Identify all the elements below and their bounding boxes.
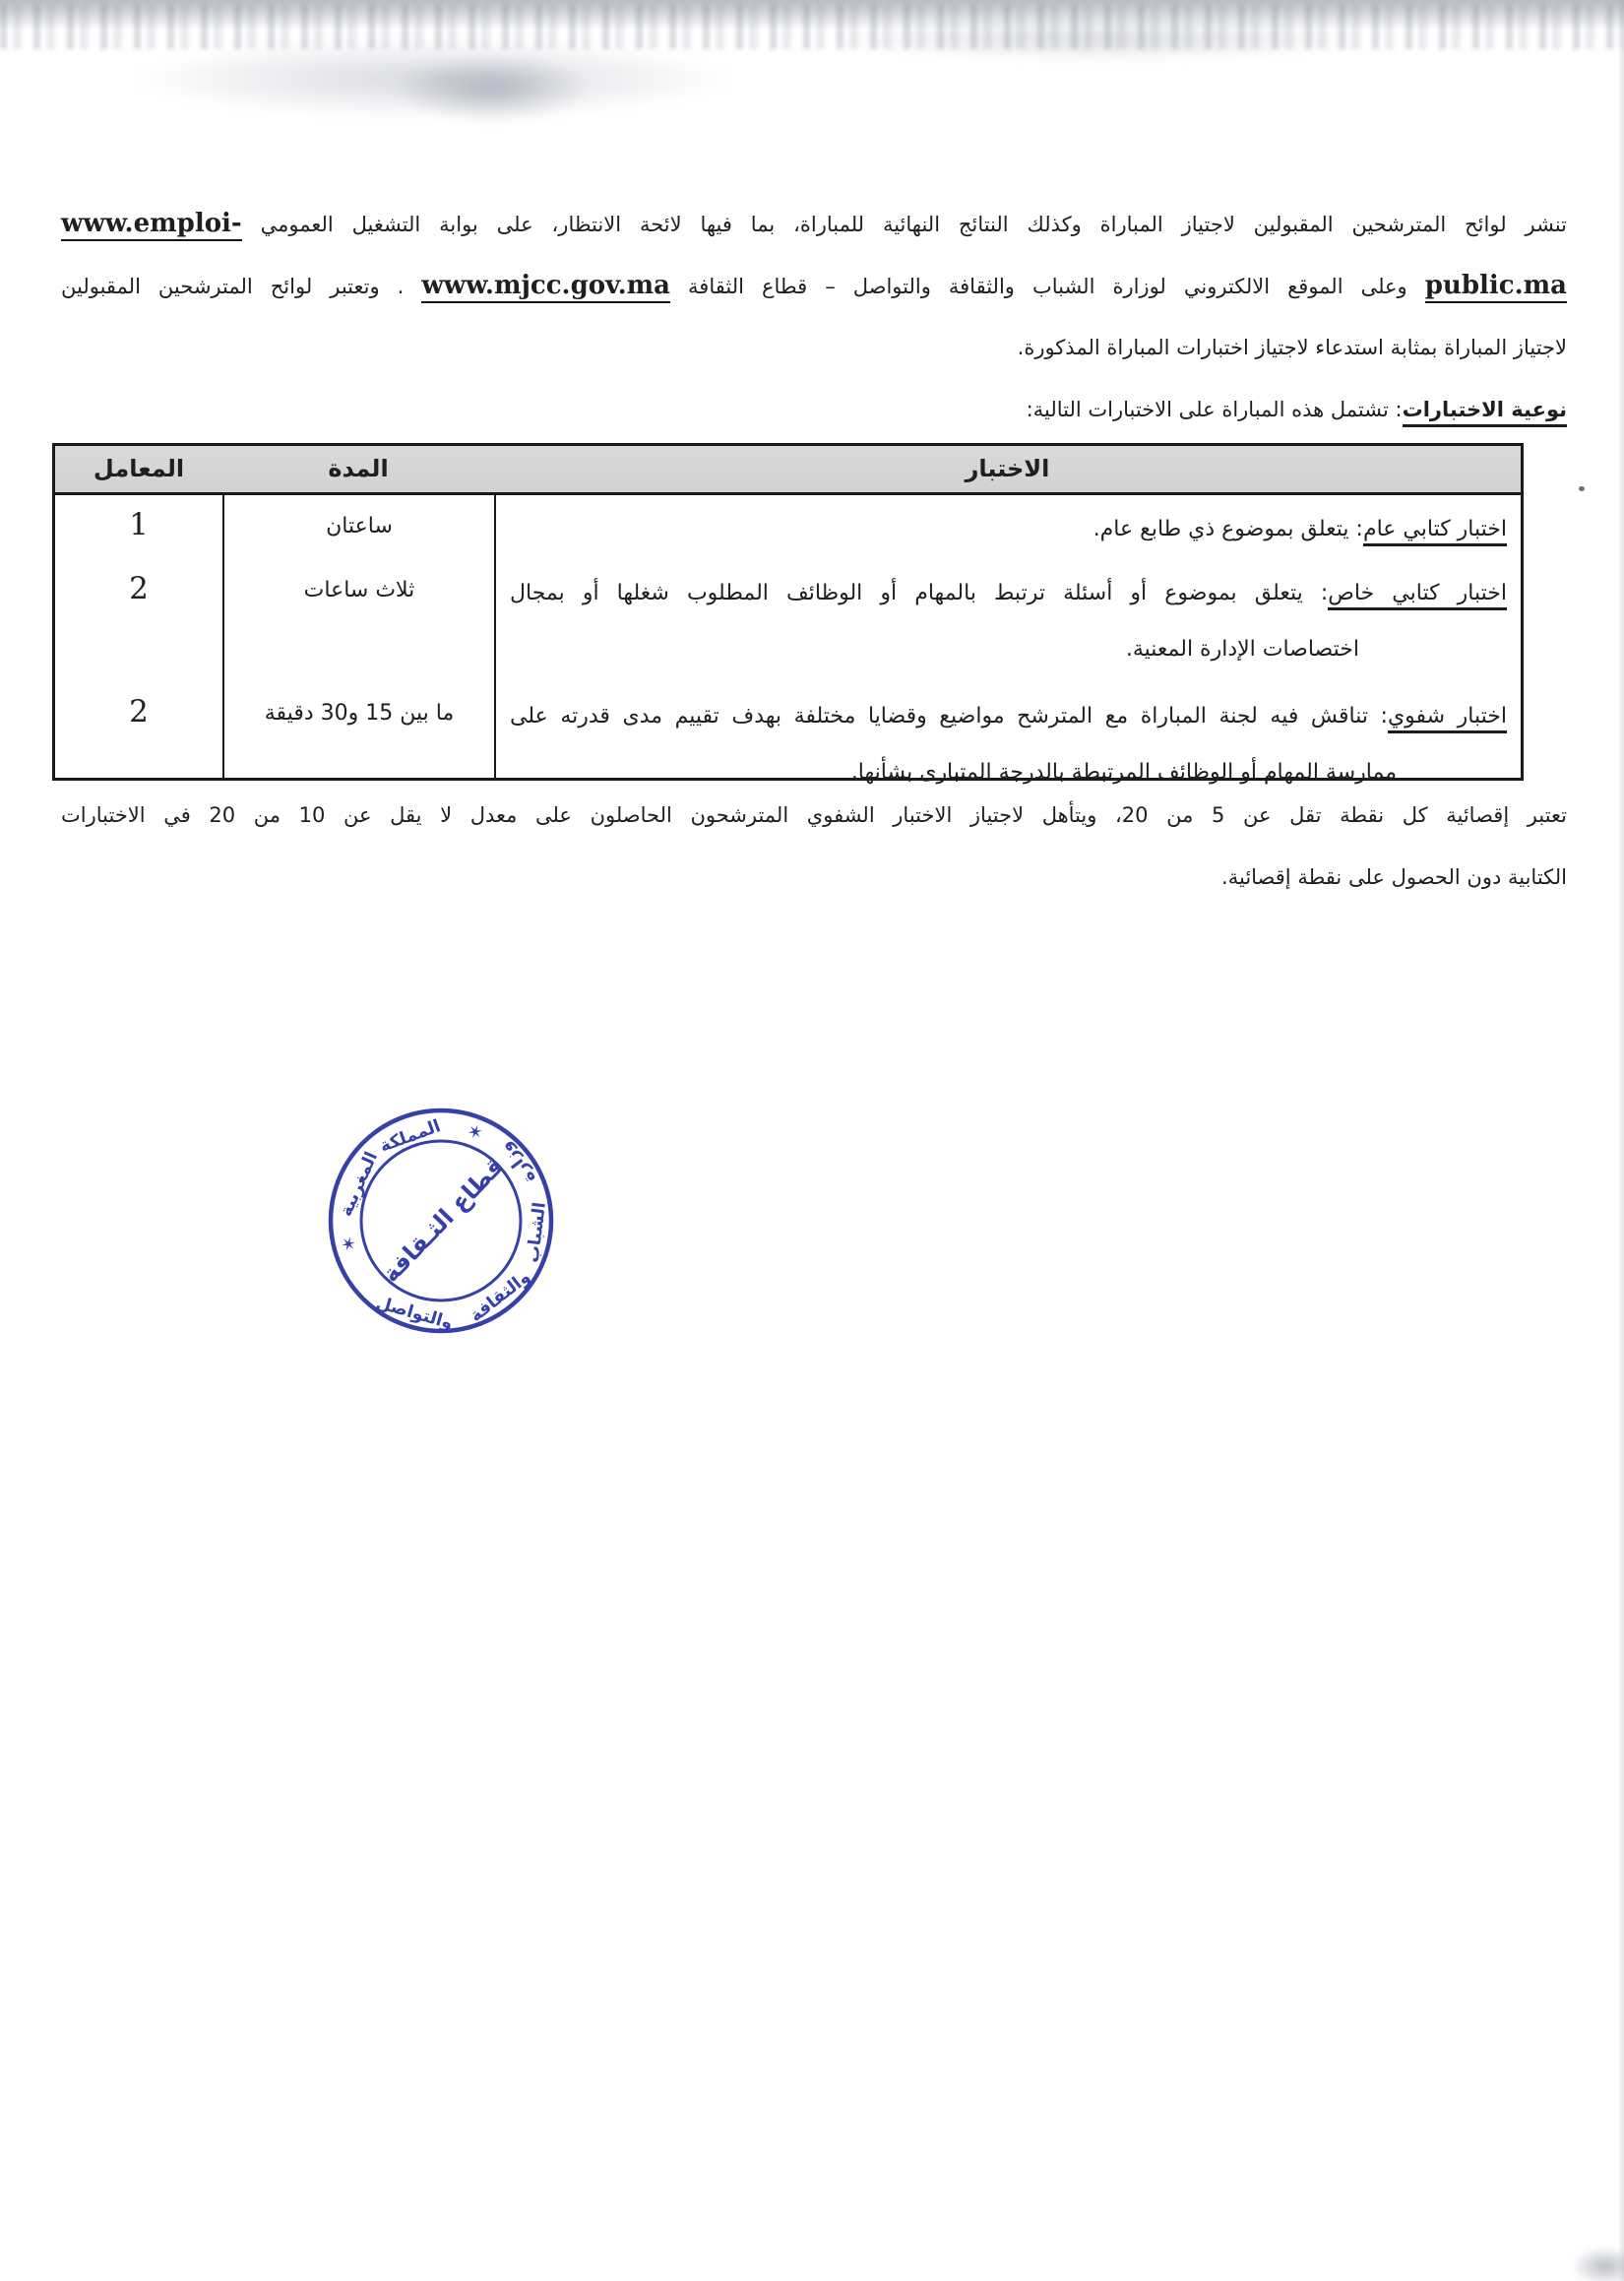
table-row-2-coefficient-cell: 2: [55, 559, 222, 682]
exam-3-description: اختبار شفوي: تناقش فيه لجنة المباراة مع …: [510, 688, 1507, 744]
table-row-3-coefficient-cell: 2: [55, 682, 222, 781]
scan-noise-speckles: [0, 4, 1624, 49]
table-row-1-exam-cell: اختبار كتابي عام: يتعلق بموضوع ذي طابع ع…: [494, 495, 1521, 559]
intro-line-1: تنشر لوائح المترشحين المقبولين لاجتياز ا…: [61, 193, 1567, 255]
table-row-2-exam-cell: اختبار كتابي خاص: يتعلق بموضوع أو أسئلة …: [494, 559, 1521, 682]
table-row-1-coefficient-cell: 1: [55, 495, 222, 559]
exam-1-rest: : يتعلق بموضوع ذي طابع عام.: [1093, 517, 1363, 541]
exams-table-body: اختبار كتابي عام: يتعلق بموضوع ذي طابع ع…: [55, 495, 1521, 781]
intro-line-1-text: تنشر لوائح المترشحين المقبولين لاجتياز ا…: [242, 213, 1567, 236]
intro-paragraph: تنشر لوائح المترشحين المقبولين لاجتياز ا…: [61, 193, 1567, 441]
intro-line-3: لاجتياز المباراة بمثابة استدعاء لاجتياز …: [61, 317, 1567, 379]
table-row-1-duration-cell: ساعتان: [222, 495, 494, 559]
closing-line-1: تعتبر إقصائية كل نقطة تقل عن 5 من 20، وي…: [61, 785, 1567, 847]
ink-dot-artifact: [1579, 486, 1585, 491]
exam-1-name: اختبار كتابي عام: [1363, 517, 1507, 546]
exam-1-description: اختبار كتابي عام: يتعلق بموضوع ذي طابع ع…: [510, 501, 1507, 557]
stamp-star-icon: ✶: [464, 1119, 486, 1145]
exam-types-heading-lead: نوعية الاختبارات: [1403, 398, 1567, 427]
exam-types-heading: نوعية الاختبارات: تشتمل هذه المباراة على…: [61, 379, 1567, 441]
url-mjcc: www.mjcc.gov.ma: [421, 271, 670, 303]
exam-3-rest: : تناقش فيه لجنة المباراة مع المترشح موا…: [510, 704, 1388, 729]
ministry-official-stamp: المملكة المغربية ✶ ✶ وزارة الشباب والثقا…: [323, 1103, 559, 1339]
stamp-star-icon: ✶: [337, 1234, 361, 1254]
scan-smudge: [394, 54, 591, 123]
exam-2-description-continued: اختصاصات الإدارة المعنية.: [510, 621, 1507, 677]
column-header-duration: المدة: [222, 446, 494, 492]
column-header-coefficient: المعامل: [55, 446, 222, 492]
exam-2-rest: : يتعلق بموضوع أو أسئلة ترتبط بالمهام أو…: [510, 581, 1328, 605]
scan-edge-shadow: [1618, 0, 1624, 2281]
table-row-3-exam-cell: اختبار شفوي: تناقش فيه لجنة المباراة مع …: [494, 682, 1521, 781]
exam-2-name: اختبار كتابي خاص: [1328, 581, 1507, 610]
scan-smudge: [1571, 2247, 1624, 2281]
scanned-document-page: تنشر لوائح المترشحين المقبولين لاجتياز ا…: [0, 0, 1624, 2281]
column-header-exam: الاختبار: [494, 446, 1521, 492]
stamp-center-text: قطاع الثـقافة: [377, 1152, 510, 1288]
exams-table: الاختبار المدة المعامل اختبار كتابي عام:…: [52, 443, 1524, 781]
table-row-3-duration-cell: ما بين 15 و30 دقيقة: [222, 682, 494, 781]
stamp-seal-graphic: المملكة المغربية ✶ ✶ وزارة الشباب والثقا…: [323, 1103, 559, 1339]
closing-paragraph: تعتبر إقصائية كل نقطة تقل عن 5 من 20، وي…: [61, 785, 1567, 909]
url-emploi-public: www.emploi-: [61, 209, 242, 241]
exam-types-heading-rest: : تشتمل هذه المباراة على الاختبارات التا…: [1027, 398, 1403, 421]
table-row-2-duration-cell: ثلاث ساعات: [222, 559, 494, 682]
intro-line-2-text: وعلى الموقع الالكتروني لوزارة الشباب وال…: [670, 275, 1425, 298]
exam-3-name: اختبار شفوي: [1388, 704, 1507, 733]
exam-2-description: اختبار كتابي خاص: يتعلق بموضوع أو أسئلة …: [510, 565, 1507, 621]
exams-table-header-row: الاختبار المدة المعامل: [55, 446, 1521, 495]
stamp-kingdom-word-2: المغربية: [337, 1149, 383, 1220]
closing-line-2: الكتابية دون الحصول على نقطة إقصائية.: [61, 847, 1567, 909]
url-emploi-public-continued: public.ma: [1425, 271, 1567, 303]
intro-line-2: public.ma وعلى الموقع الالكتروني لوزارة …: [61, 255, 1567, 317]
intro-line-2-tail: . وتعتبر لوائح المترشحين المقبولين: [61, 275, 421, 298]
scan-smudge: [827, 18, 1378, 61]
